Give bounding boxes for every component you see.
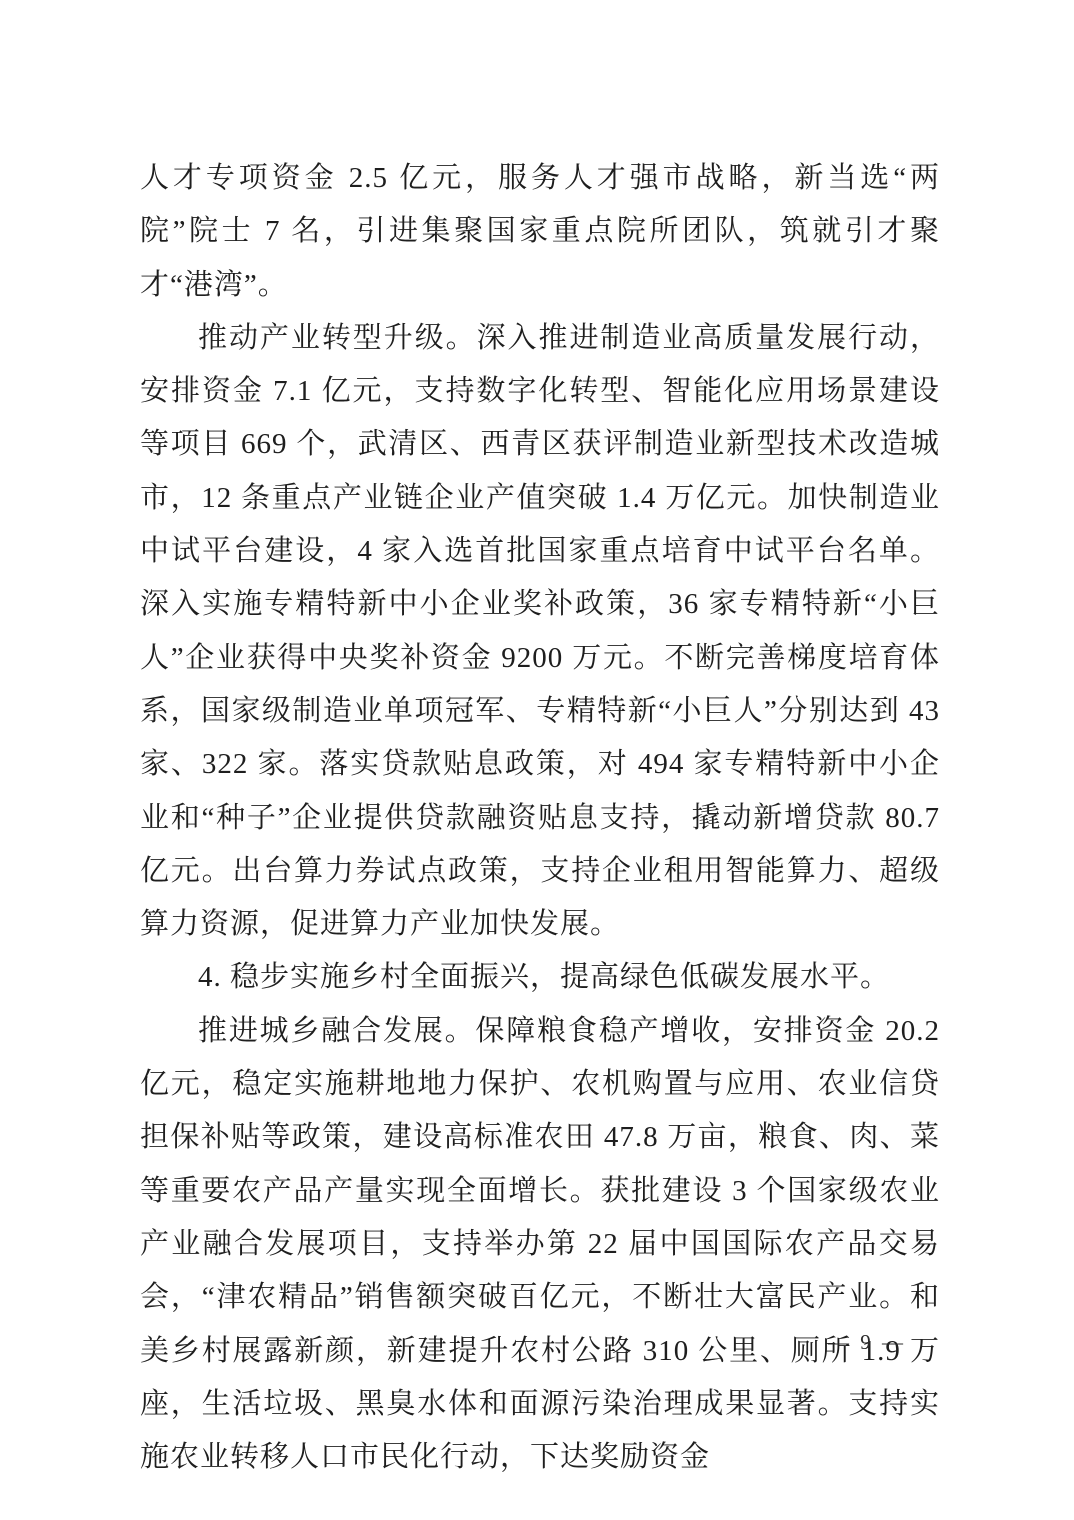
page-number: — 9 — [140,1330,940,1355]
body-text: 人才专项资金 2.5 亿元，服务人才强市战略，新当选“两院”院士 7 名，引进集… [140,152,940,1484]
document-page: { "document": { "page_number": "9", "pag… [0,0,1074,1520]
paragraph-talent-funding-continuation: 人才专项资金 2.5 亿元，服务人才强市战略，新当选“两院”院士 7 名，引进集… [140,152,940,312]
paragraph-urban-rural-integration: 推进城乡融合发展。保障粮食稳产增收，安排资金 20.2 亿元，稳定实施耕地地力保… [140,1005,940,1485]
page-content: 人才专项资金 2.5 亿元，服务人才强市战略，新当选“两院”院士 7 名，引进集… [140,152,940,1484]
paragraph-industry-transformation: 推动产业转型升级。深入推进制造业高质量发展行动，安排资金 7.1 亿元，支持数字… [140,312,940,952]
paragraph-section-heading-rural-revitalization: 4. 稳步实施乡村全面振兴，提高绿色低碳发展水平。 [140,951,940,1004]
